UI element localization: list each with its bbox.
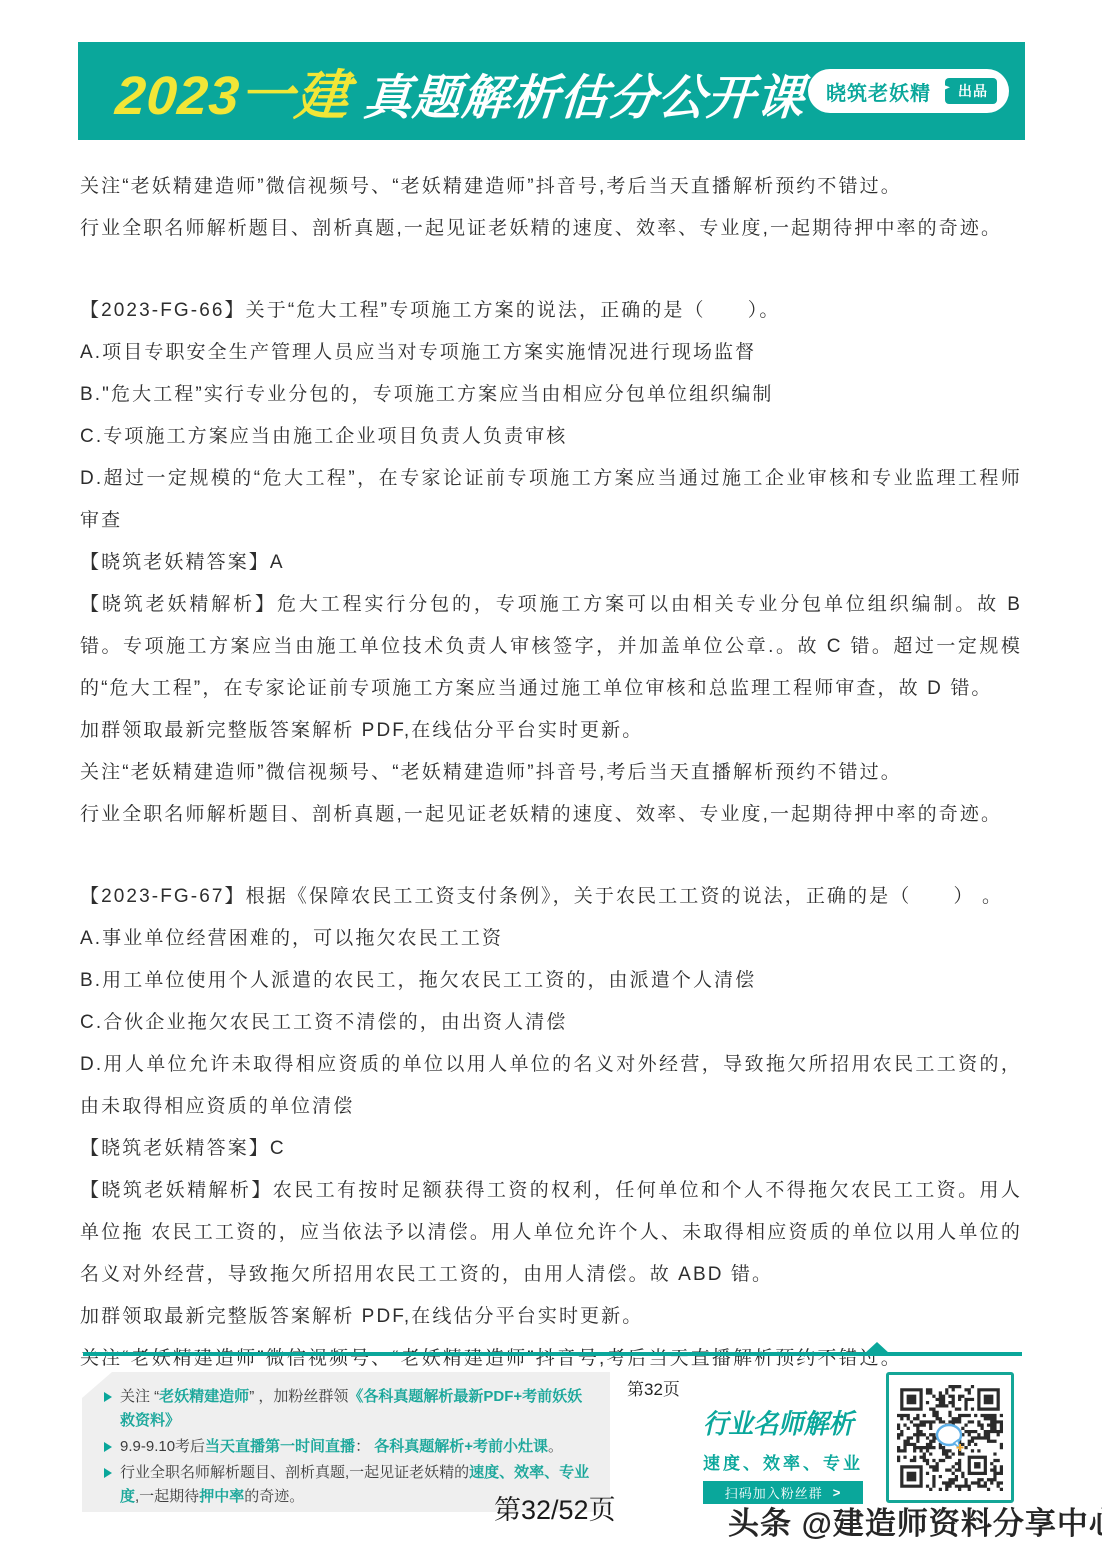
question-67-stem: 【2023-FG-67】根据《保障农民工工资支付条例》，关于农民工工资的说法，正…	[80, 876, 1022, 918]
bullet-segment-accent: 老妖精建造师	[159, 1388, 249, 1405]
header-title: 2023一建真题解析估分公开课	[113, 53, 808, 130]
question-67-option-b: B.用工单位使用个人派遣的农民工，拖欠农民工工资的，由派遣个人清偿	[80, 960, 1022, 1002]
bullet-segment: ,一起期待	[135, 1488, 199, 1505]
brand-badge: 出品	[945, 78, 997, 104]
question-67-answer: 【晓筑老妖精答案】C	[80, 1128, 1022, 1170]
bullet-text: 关注 “老妖精建造师” ，加粉丝群领《各科真题解析最新PDF+考前妖妖救资料》	[120, 1385, 596, 1433]
qr-code	[886, 1372, 1014, 1503]
bullet-segment: 关注 “	[120, 1388, 159, 1405]
bullet-segment-accent: 押中率	[199, 1488, 244, 1505]
promo-title: 行业名师解析	[703, 1402, 857, 1441]
question-66-option-d: D.超过一定规模的“危大工程”，在专家论证前专项施工方案应当通过施工企业审核和专…	[80, 458, 1022, 542]
list-item: 关注 “老妖精建造师” ，加粉丝群领《各科真题解析最新PDF+考前妖妖救资料》	[104, 1385, 596, 1433]
question-67-option-a: A.事业单位经营困难的，可以拖欠农民工工资	[80, 918, 1022, 960]
watermark: 头条 @建造师资料分享中心	[728, 1498, 1102, 1543]
bullet-segment: ” ，加粉丝群领	[249, 1388, 348, 1405]
qr-inner	[897, 1385, 1003, 1491]
bullet-segment-accent: 各科真题解析+考前小灶课	[374, 1438, 548, 1455]
header-main-title: 真题解析估分公开课	[362, 72, 807, 125]
brand-name: 晓筑老妖精	[826, 77, 931, 106]
triangle-bullet-icon	[104, 1468, 112, 1478]
question-67-option-d: D.用人单位允许未取得相应资质的单位以用人单位的名义对外经营，导致拖欠所招用农民…	[80, 1044, 1022, 1128]
bullet-segment-accent: 当天直播第一时间直播	[205, 1438, 355, 1455]
page-number-total: 第32/52页	[494, 1488, 616, 1527]
bullet-segment: ：	[355, 1438, 374, 1455]
question-67-analysis: 【晓筑老妖精解析】农民工有按时足额获得工资的权利，任何单位和个人不得拖欠农民工工…	[80, 1170, 1022, 1296]
bullet-segment: 行业全职名师解析题目、剖析真题,一起见证老妖精的	[120, 1464, 469, 1481]
document-page: 2023一建真题解析估分公开课 晓筑老妖精 出品 关注“老妖精建造师”微信视频号…	[0, 0, 1102, 1559]
question-66-option-a: A.项目专职安全生产管理人员应当对专项施工方案实施情况进行现场监督	[80, 332, 1022, 374]
bullet-segment: 的奇迹。	[244, 1488, 304, 1505]
promo-block: 行业名师解析 速度、效率、专业 扫码加入粉丝群 >	[703, 1402, 869, 1504]
question-66-answer: 【晓筑老妖精答案】A	[80, 542, 1022, 584]
header-banner: 2023一建真题解析估分公开课 晓筑老妖精 出品	[78, 42, 1025, 140]
triangle-bullet-icon	[104, 1442, 112, 1452]
triangle-bullet-icon	[104, 1392, 112, 1402]
document-body: 关注“老妖精建造师”微信视频号、“老妖精建造师”抖音号,考后当天直播解析预约不错…	[80, 166, 1022, 1380]
question-67-option-c: C.合伙企业拖欠农民工工资不清偿的，由出资人清偿	[80, 1002, 1022, 1044]
promo-line: 加群领取最新完整版答案解析 PDF,在线估分平台实时更新。	[80, 710, 1022, 752]
list-item: 9.9-9.10考后当天直播第一时间直播： 各科真题解析+考前小灶课。	[104, 1435, 596, 1459]
intro-line: 行业全职名师解析题目、剖析真题,一起见证老妖精的速度、效率、专业度,一起期待押中…	[80, 794, 1022, 836]
intro-line: 关注“老妖精建造师”微信视频号、“老妖精建造师”抖音号,考后当天直播解析预约不错…	[80, 166, 1022, 208]
brand-pill: 晓筑老妖精 出品	[808, 69, 1009, 113]
promo-line: 加群领取最新完整版答案解析 PDF,在线估分平台实时更新。	[80, 1296, 1022, 1338]
header-year-text: 2023一建	[114, 66, 352, 126]
bullet-segment: 。	[548, 1438, 563, 1455]
question-66-option-b: B."危大工程”实行专业分包的，专项施工方案应当由相应分包单位组织编制	[80, 374, 1022, 416]
question-66-analysis: 【晓筑老妖精解析】危大工程实行分包的，专项施工方案可以由相关专业分包单位组织编制…	[80, 584, 1022, 710]
question-66-option-c: C.专项施工方案应当由施工企业项目负责人负责审核	[80, 416, 1022, 458]
intro-line: 行业全职名师解析题目、剖析真题,一起见证老妖精的速度、效率、专业度,一起期待押中…	[80, 208, 1022, 250]
promo-subtitle: 速度、效率、专业	[703, 1449, 869, 1474]
intro-line: 关注“老妖精建造师”微信视频号、“老妖精建造师”抖音号,考后当天直播解析预约不错…	[80, 752, 1022, 794]
chat-bubble-icon	[932, 1421, 968, 1455]
bullet-segment: 9.9-9.10考后	[120, 1438, 205, 1455]
bullet-text: 9.9-9.10考后当天直播第一时间直播： 各科真题解析+考前小灶课。	[120, 1435, 596, 1459]
question-66-stem: 【2023-FG-66】关于“危大工程”专项施工方案的说法，正确的是（ ）。	[80, 290, 1022, 332]
page-number: 第32页	[627, 1375, 680, 1400]
